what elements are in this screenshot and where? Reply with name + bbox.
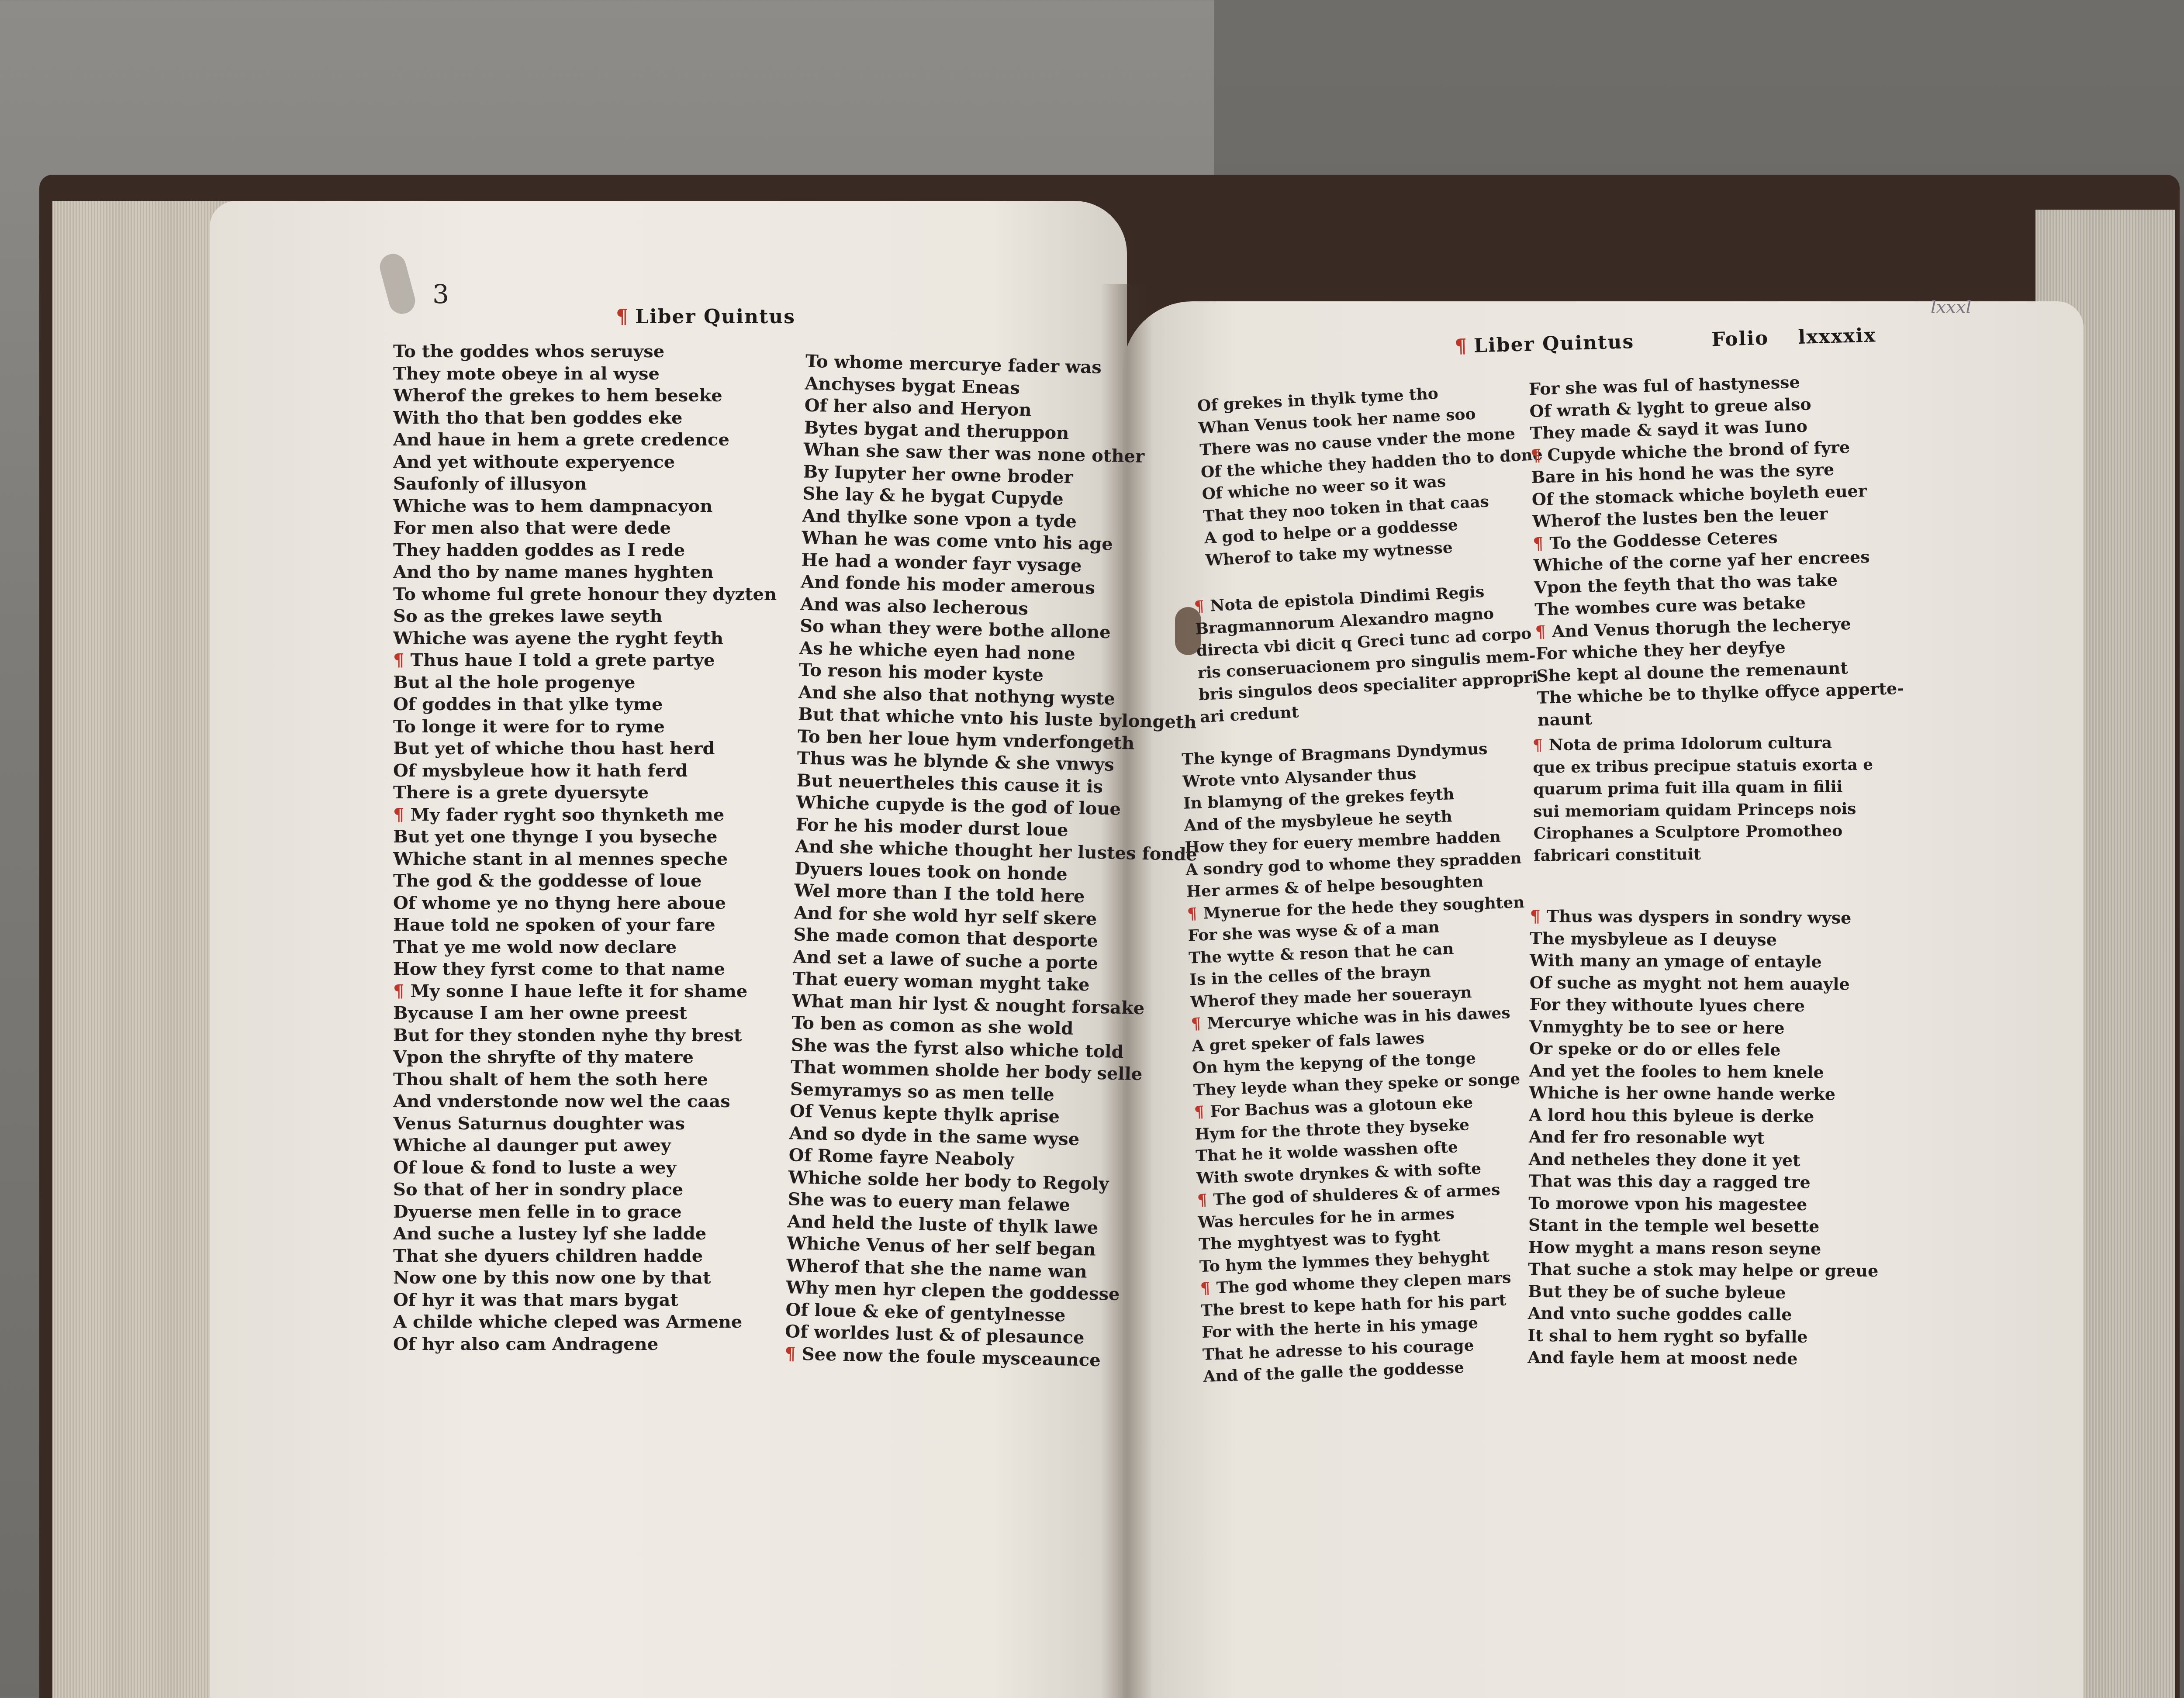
text-line: How myght a mans reson seyne (1528, 1236, 1879, 1260)
text-line: Thou shalt of hem the soth here (393, 1069, 777, 1091)
left-page-column-2: To whome mercurye fader wasAnchyses byga… (784, 351, 1208, 1374)
text-line: ¶Nota de prima Idolorum cultura (1533, 732, 1873, 757)
pilcrow-icon: ¶ (1533, 736, 1543, 754)
text-line: And vnto suche goddes calle (1528, 1302, 1878, 1326)
text-line: There is a grete dyuersyte (393, 782, 777, 804)
text-line: Whiche was to hem dampnacyon (393, 495, 777, 518)
text-line: So as the grekes lawe seyth (393, 605, 777, 628)
line-text: My fader ryght soo thynketh me (410, 804, 724, 825)
text-line: And tho by name manes hyghten (393, 561, 777, 583)
text-line: With tho that ben goddes eke (393, 407, 777, 429)
running-head-text: Liber Quintus (635, 306, 795, 328)
text-line: But yet one thynge I you byseche (393, 826, 777, 848)
text-line: With many an ymage of entayle (1530, 949, 1880, 973)
line-text: Thus was dyspers in sondry wyse (1547, 906, 1852, 928)
text-line: que ex tribus precipue statuis exorta e (1533, 754, 1873, 779)
text-line: Dyuerse men felle in to grace (393, 1201, 777, 1223)
pilcrow-icon: ¶ (1533, 533, 1544, 553)
text-line: Whiche al daunger put awey (393, 1135, 777, 1157)
text-line: The god & the goddesse of loue (393, 870, 777, 892)
text-line: Of loue & fond to luste a wey (393, 1157, 777, 1179)
signature-mark: 3 (432, 280, 449, 310)
pilcrow-icon: ¶ (616, 306, 629, 328)
text-line: And haue in hem a grete credence (393, 429, 777, 451)
text-line: fabricari constituit (1534, 842, 1874, 867)
text-line: For men also that were dede (393, 517, 777, 539)
text-line: ¶My sonne I haue lefte it for shame (393, 980, 777, 1003)
text-line: And netheles they done it yet (1529, 1148, 1879, 1172)
text-line: Haue told ne spoken of your fare (393, 914, 777, 936)
text-line: And fayle hem at moost nede (1527, 1346, 1878, 1370)
pilcrow-icon: ¶ (1191, 1015, 1201, 1033)
right-column-1-top: Of grekes in thylk tyme thoWhan Venus to… (1197, 378, 1548, 572)
text-line: Cirophanes a Sculptore Promotheo (1533, 821, 1873, 846)
right-column-2-top: For she was ful of hastynesseOf wrath & … (1529, 369, 1905, 731)
text-line: And fer fro resonable wyt (1529, 1126, 1879, 1150)
pilcrow-icon: ¶ (1194, 597, 1205, 616)
pilcrow-icon: ¶ (1197, 1191, 1207, 1210)
text-line: But yet of whiche thou hast herd (393, 738, 777, 760)
text-line: They hadden goddes as I rede (393, 539, 777, 562)
text-line: And vnderstonde now wel the caas (393, 1091, 777, 1113)
text-line: To the goddes whos seruyse (393, 341, 777, 363)
latin-marginal-note-2: ¶Nota de prima Idolorum culturaque ex tr… (1533, 732, 1874, 868)
text-line: To morowe vpon his magestee (1528, 1192, 1879, 1216)
text-line: Of hyr it was that mars bygat (393, 1289, 777, 1311)
text-line: That ye me wold now declare (393, 936, 777, 959)
text-line: That suche a stok may helpe or greue (1528, 1258, 1878, 1282)
pilcrow-icon: ¶ (1200, 1279, 1210, 1298)
text-line: A childe whiche cleped was Armene (393, 1311, 777, 1333)
text-line: It shal to hem ryght so byfalle (1527, 1324, 1878, 1348)
line-text: Thus haue I told a grete partye (410, 650, 715, 670)
running-head-left: ¶Liber Quintus (616, 306, 795, 328)
pilcrow-icon: ¶ (1187, 904, 1197, 923)
text-line: How they fyrst come to that name (393, 958, 777, 980)
text-line: Saufonly of illusyon (393, 473, 777, 495)
running-head-text: Liber Quintus (1473, 331, 1634, 357)
pilcrow-icon: ¶ (393, 804, 404, 825)
text-line: Venus Saturnus doughter was (393, 1113, 777, 1135)
pilcrow-icon: ¶ (1454, 335, 1468, 358)
pilcrow-icon: ¶ (784, 1343, 796, 1364)
pilcrow-icon: ¶ (1531, 445, 1541, 465)
text-line: ¶Thus haue I told a grete partye (393, 649, 777, 672)
text-line: That was this day a ragged tre (1528, 1170, 1879, 1194)
text-line: That she dyuers children hadde (393, 1245, 777, 1267)
right-column-1-bottom: The kynge of Bragmans DyndymusWrote vnto… (1182, 737, 1541, 1388)
text-line: To whome ful grete honour they dyzten (393, 583, 777, 606)
text-line: ¶My fader ryght soo thynketh me (393, 804, 777, 826)
text-line: Of mysbyleue how it hath ferd (393, 760, 777, 782)
text-line: Bycause I am her owne preest (393, 1002, 777, 1025)
text-line: So that of her in sondry place (393, 1179, 777, 1201)
text-line: A lord hou this byleue is derke (1529, 1104, 1879, 1128)
text-line: And yet withoute experyence (393, 451, 777, 473)
text-line: Vpon the shryfte of thy matere (393, 1046, 777, 1069)
pilcrow-icon: ¶ (1535, 621, 1546, 642)
text-line: Vnmyghty be to see or here (1529, 1015, 1880, 1039)
right-column-2-bottom: ¶Thus was dyspers in sondry wyseThe mysb… (1527, 905, 1880, 1370)
text-line: Of goddes in that ylke tyme (393, 694, 777, 716)
pilcrow-icon: ¶ (1530, 906, 1541, 926)
text-line: Of hyr also cam Andragene (393, 1333, 777, 1356)
text-line: But al the hole progenye (393, 672, 777, 694)
latin-marginal-note-1: ¶Nota de epistola Dindimi RegisBragmanno… (1194, 579, 1540, 728)
text-line: ¶Thus was dyspers in sondry wyse (1530, 905, 1880, 929)
pencil-folio-note: lxxxl (1931, 297, 1971, 317)
text-line: And yet the fooles to hem knele (1529, 1060, 1880, 1084)
text-line: Or speke or do or elles fele (1529, 1038, 1880, 1062)
text-line: Wherof the grekes to hem beseke (393, 385, 777, 407)
pilcrow-icon: ¶ (393, 650, 404, 670)
text-line: Now one by this now one by that (393, 1267, 777, 1289)
text-line: quarum prima fuit illa quam in filii (1533, 777, 1873, 801)
text-line: To longe it were for to ryme (393, 716, 777, 738)
text-line: Whiche was ayene the ryght feyth (393, 628, 777, 650)
text-line: Whiche stant in al mennes speche (393, 848, 777, 870)
line-text: My sonne I haue lefte it for shame (410, 981, 747, 1001)
line-text: Nota de prima Idolorum cultura (1549, 733, 1832, 754)
text-line: Stant in the temple wel besette (1528, 1214, 1879, 1238)
text-line: And suche a lustey lyf she ladde (393, 1223, 777, 1245)
text-line: But for they stonden nyhe thy brest (393, 1025, 777, 1047)
text-line: They mote obeye in al wyse (393, 363, 777, 385)
left-page-column-1: To the goddes whos seruyseThey mote obey… (393, 341, 777, 1355)
pilcrow-icon: ¶ (393, 981, 404, 1001)
text-line: But they be of suche byleue (1528, 1280, 1878, 1304)
folio-label: Folio (1711, 327, 1769, 351)
text-line: The mysbyleue as I deuyse (1530, 927, 1880, 951)
text-line: Of suche as myght not hem auayle (1530, 971, 1880, 995)
text-line: Whiche is her owne hande werke (1529, 1082, 1879, 1106)
pilcrow-icon: ¶ (1194, 1103, 1204, 1122)
text-line: sui memoriam quidam Princeps nois (1533, 798, 1873, 823)
folio-number: lxxxxix (1798, 324, 1876, 349)
text-line: Of whome ye no thyng here aboue (393, 892, 777, 915)
text-line: For they withoute lyues chere (1529, 994, 1880, 1018)
